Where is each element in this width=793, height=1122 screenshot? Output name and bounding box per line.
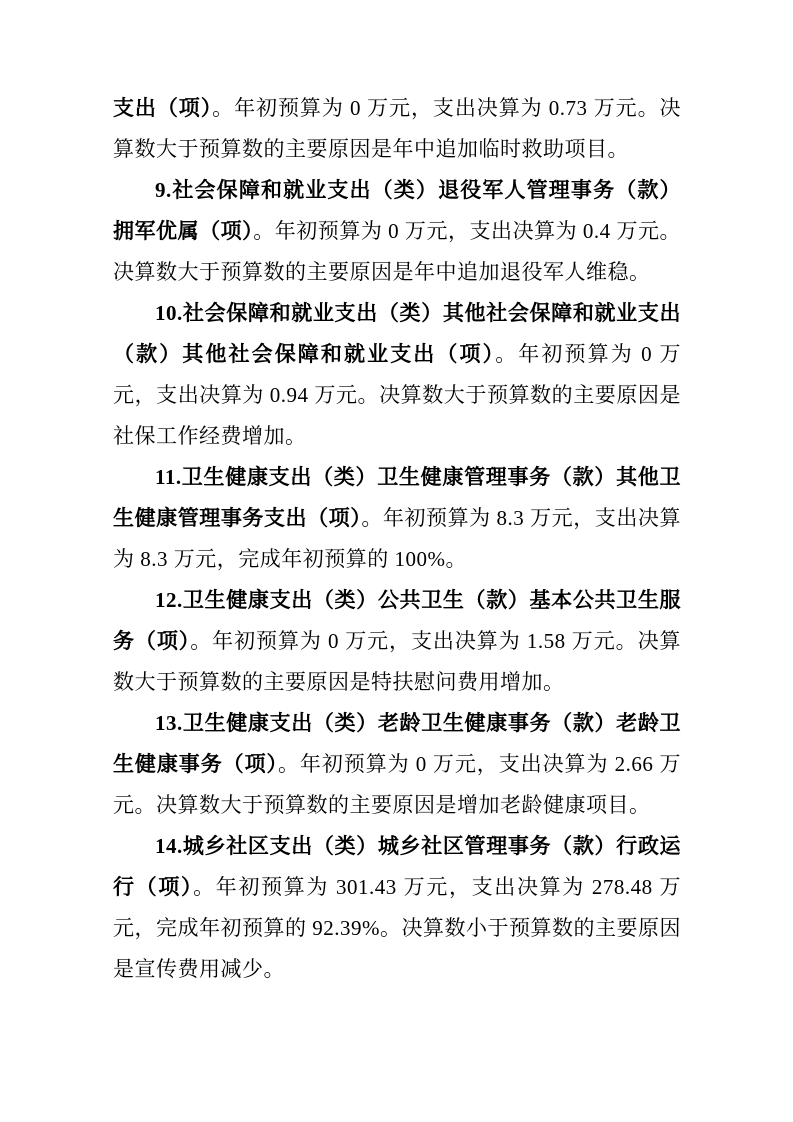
paragraph-body: 。年初预算为 301.43 万元，支出决算为 278.48 万元，完成年初预算的… <box>113 875 681 981</box>
paragraph-12: 12.卫生健康支出（类）公共卫生（款）基本公共卫生服务（项）。年初预算为 0 万… <box>113 580 681 703</box>
paragraph-13: 13.卫生健康支出（类）老龄卫生健康事务（款）老龄卫生健康事务（项）。年初预算为… <box>113 703 681 826</box>
paragraph-lead: 支出（项） <box>113 96 212 120</box>
paragraph-8-continuation: 支出（项）。年初预算为 0 万元，支出决算为 0.73 万元。决算数大于预算数的… <box>113 88 681 170</box>
paragraph-10: 10.社会保障和就业支出（类）其他社会保障和就业支出（款）其他社会保障和就业支出… <box>113 293 681 457</box>
paragraph-9: 9.社会保障和就业支出（类）退役军人管理事务（款）拥军优属（项）。年初预算为 0… <box>113 170 681 293</box>
paragraph-14: 14.城乡社区支出（类）城乡社区管理事务（款）行政运行（项）。年初预算为 301… <box>113 826 681 990</box>
paragraph-11: 11.卫生健康支出（类）卫生健康管理事务（款）其他卫生健康管理事务支出（项）。年… <box>113 457 681 580</box>
paragraph-body: 。年初预算为 0 万元，支出决算为 1.58 万元。决算数大于预算数的主要原因是… <box>113 629 681 694</box>
document-page: 支出（项）。年初预算为 0 万元，支出决算为 0.73 万元。决算数大于预算数的… <box>0 0 793 1122</box>
